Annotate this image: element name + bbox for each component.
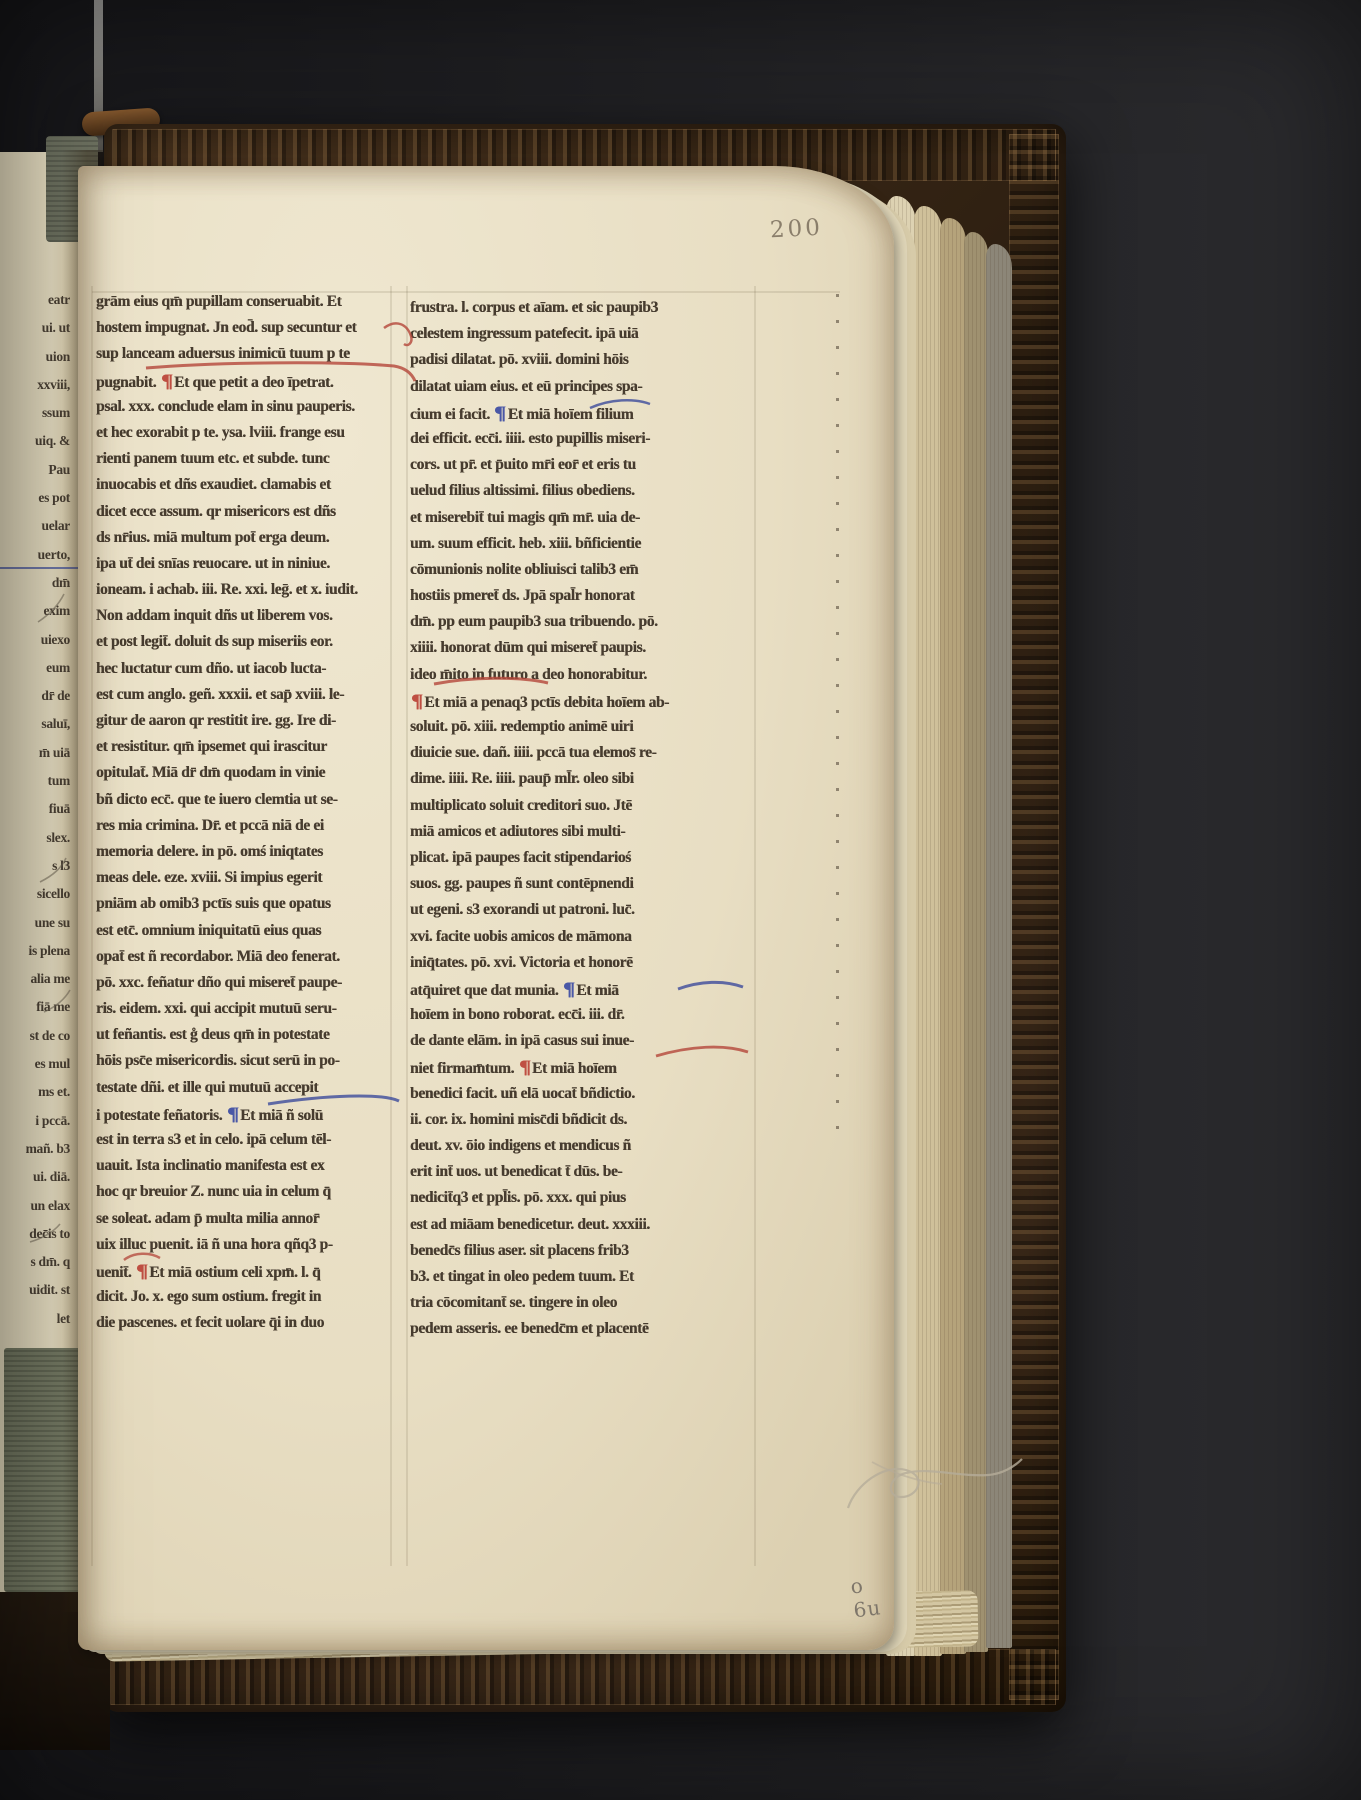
- text-line: est in terra s3 et in celo. ipā celum tē…: [96, 1126, 398, 1153]
- text-line: cōmunionis nolite obliuisci talib3 em̄: [410, 556, 712, 583]
- text-line: et post legit̄. doluit ds sup miseriis e…: [96, 629, 398, 656]
- text-line: tria cōcomitant̄ se. tingere in oleo: [410, 1290, 712, 1317]
- text-line: ut feñantis. est g̊ deus qm̄ in potestat…: [96, 1022, 398, 1049]
- text-line: psal. xxx. conclude elam in sinu pauperi…: [96, 393, 398, 420]
- text-line: atq̄uiret que dat munia. ¶Et miā: [410, 975, 712, 1002]
- text-line: gitur de aaron qr restitit ire. gg. Ire …: [96, 707, 398, 734]
- text-line: dime. iiii. Re. iiii. paup̄ ml̄r. oleo s…: [410, 766, 712, 793]
- text-line: uauit. Ista inclinatio manifesta est ex: [96, 1153, 398, 1180]
- text-line: dilatat uiam eius. et eū principes spa-: [410, 373, 712, 400]
- text-line: cors. ut pr̄. et p̄uito mr̄i eor̄ et eri…: [410, 452, 712, 479]
- paragraph-mark: ¶: [518, 1054, 530, 1081]
- text-line: opitulat̄. Miā dr̄ dm̄ quodam in vinie: [96, 760, 398, 787]
- text-line: bñ dicto ecc̄. que te iuero clemtia ut s…: [96, 786, 398, 813]
- text-line: uelud filius altissimi. filius obediens.: [410, 478, 712, 505]
- text-line: hec luctatur cum dño. ut iacob lucta-: [96, 655, 398, 682]
- text-line: dicet ecce assum. qr misericors est dñs: [96, 498, 398, 525]
- text-column-right: frustra. l. corpus et aīam. et sic paupi…: [410, 295, 712, 1343]
- text-line: ris. eidem. xxi. qui accipit mutuū seru-: [96, 996, 398, 1023]
- text-line: benedc̄s filius aser. sit placens frib3: [410, 1237, 712, 1264]
- folio-number: 200: [769, 215, 823, 244]
- text-line: hostem impugnat. Jn eod̄. sup secuntur e…: [96, 315, 398, 342]
- text-line: erit int̄ uos. ut benedicat t̄ dūs. be-: [410, 1159, 712, 1186]
- cover-tooling-right: [1009, 134, 1059, 1700]
- text-line: deut. xv. ōio indigens et mendicus ñ: [410, 1132, 712, 1159]
- text-line: ideo m̄ito in futuro a deo honorabitur.: [410, 661, 712, 688]
- text-line: plicat. ipā paupes facit stipendarioś: [410, 844, 712, 871]
- page-edges-strip: [964, 232, 988, 1652]
- text-line: multiplicato soluit creditori suo. Jtē: [410, 792, 712, 819]
- text-line: est ad miāam benedicetur. deut. xxxiii.: [410, 1211, 712, 1238]
- text-line: xvi. facite uobis amicos de māmona: [410, 923, 712, 950]
- paragraph-mark: ¶: [136, 1257, 148, 1284]
- paragraph-mark: ¶: [563, 975, 575, 1002]
- text-line: rienti panem tuum etc. et subde. tunc: [96, 446, 398, 473]
- text-line: suos. gg. paupes ñ sunt contēpnendi: [410, 871, 712, 898]
- text-line: uenit̄. ¶Et miā ostium celi xpm̄. l. q̄: [96, 1257, 398, 1284]
- text-line: inuocabis et dñs exaudiet. clamabis et: [96, 472, 398, 499]
- paragraph-mark: ¶: [161, 367, 173, 394]
- ruling-line: [91, 286, 93, 1566]
- text-line: res mia crimina. Dr̄. et pccā niā de ei: [96, 812, 398, 839]
- text-line: benedici facit. uñ elā uocat̄ bñdictio.: [410, 1080, 712, 1107]
- ruling-line: [406, 286, 408, 1566]
- text-line: miā amicos et adiutores sibi multi-: [410, 818, 712, 845]
- text-line: ¶Et miā a penaq3 pctīs debita hoīem ab-: [410, 687, 712, 714]
- text-line: ipa ut̄ dei snīas reuocare. ut in niniue…: [96, 550, 398, 577]
- paragraph-mark: ¶: [227, 1100, 239, 1127]
- text-line: b3. et tingat in oleo pedem tuum. Et: [410, 1263, 712, 1290]
- text-line: grām eius qm̄ pupillam conseruabit. Et: [96, 288, 398, 315]
- text-line: ut egeni. s3 exorandi ut patroni. luc̄.: [410, 897, 712, 924]
- text-line: hoīem in bono roborat. ecc̄i. iii. dr̄.: [410, 1002, 712, 1029]
- text-line: ds nr̄ius. miā multum pot̄ erga deum.: [96, 524, 398, 551]
- manuscript-page: 200 grām eius qm̄ pupillam conseruabit. …: [78, 166, 894, 1650]
- paragraph-mark: ¶: [494, 399, 506, 426]
- text-line: pugnabit. ¶Et que petit a deo īpetrat.: [96, 367, 398, 394]
- text-line: ioneam. i achab. iii. Re. xxi. leḡ. et x…: [96, 577, 398, 604]
- text-line: soluit. pō. xiii. redemptio animē uiri: [410, 713, 712, 740]
- text-line: i potestate feñatoris. ¶Et miā ñ solū: [96, 1100, 398, 1127]
- text-line: testate dñi. et ille qui mutuū accepit: [96, 1074, 398, 1101]
- text-line: et resistitur. qm̄ ipsemet qui irascitur: [96, 734, 398, 761]
- text-line: ii. cor. ix. homini misc̄di bñdicit ds.: [410, 1106, 712, 1133]
- page-edges-strip: [986, 244, 1012, 1648]
- paragraph-mark: ¶: [411, 687, 423, 714]
- text-line: frustra. l. corpus et aīam. et sic paupi…: [410, 294, 712, 321]
- text-line: sup lanceam aduersus inimicū tuum p te: [96, 341, 398, 368]
- text-line: cium ei facit. ¶Et miā hoīem filium: [410, 399, 712, 426]
- text-column-left: grām eius qm̄ pupillam conseruabit. Etho…: [96, 289, 398, 1337]
- text-line: est cum anglo. geñ. xxxii. et sap̄ xviii…: [96, 681, 398, 708]
- text-line: Non addam inquit dñs ut liberem vos.: [96, 603, 398, 630]
- manuscript-photograph: eatrui. utuionxxviii,ssumuiq. &Paues pot…: [0, 0, 1361, 1800]
- text-line: dei efficit. ecc̄i. iiii. esto pupillis …: [410, 425, 712, 452]
- text-line: xiiii. honorat dūm qui miseret̄ paupis.: [410, 635, 712, 662]
- text-line: meas dele. eze. xviii. Si impius egerit: [96, 865, 398, 892]
- text-line: nedicit̄q3 et ppl̄is. pō. xxx. qui pius: [410, 1185, 712, 1212]
- text-line: pniām ab omib3 pctīs suis que opatus: [96, 891, 398, 918]
- text-line: diuicie sue. dañ. iiii. pccā tua elemos̄…: [410, 740, 712, 767]
- text-line: pedem asseris. ee benedc̄m et placentē: [410, 1316, 712, 1343]
- text-line: pō. xxc. feñatur dño qui miseret̄ paupe-: [96, 969, 398, 996]
- text-line: hostiis pmeret̄ ds. Jpā spal̄r honorat: [410, 583, 712, 610]
- text-line: se soleat. adam p̄ multa milia annor̄: [96, 1205, 398, 1232]
- text-line: dicit. Jo. x. ego sum ostium. fregit in: [96, 1284, 398, 1311]
- text-line: et hec exorabit p te. ysa. lviii. frange…: [96, 419, 398, 446]
- text-line: um. suum efficit. heb. xiii. bñficientie: [410, 530, 712, 557]
- text-line: et miserebit̄ tui magis qm̄ mr̄. uia de-: [410, 504, 712, 531]
- ruling-line: [754, 286, 756, 1566]
- text-line: memoria delere. in pō. omś iniqtates: [96, 838, 398, 865]
- text-line: de dante elām. in ipā casus sui inue-: [410, 1028, 712, 1055]
- bottom-inscription: o 6u: [849, 1570, 897, 1623]
- text-line: iniq̄tates. pō. xvi. Victoria et honorē: [410, 949, 712, 976]
- text-line: hōis psc̄e misericordis. sicut serū in p…: [96, 1048, 398, 1075]
- text-line: hoc qr breuior Z. nunc uia in celum q̄: [96, 1179, 398, 1206]
- page-edges-strip: [914, 206, 942, 1656]
- text-line: est etc̄. omnium iniquitatū eius quas: [96, 917, 398, 944]
- text-line: uix illuc puenit. iā ñ una hora qñq3 p-: [96, 1231, 398, 1258]
- text-line: dm̄. pp eum paupib3 sua tribuendo. pō.: [410, 609, 712, 636]
- pricking-dots: [836, 294, 839, 1139]
- text-line: celestem ingressum patefecit. ipā uiā: [410, 321, 712, 348]
- text-line: padisi dilatat. pō. xviii. domini hōis: [410, 347, 712, 374]
- page-edges-strip: [940, 218, 966, 1654]
- text-line: niet firmam̄tum. ¶Et miā hoīem: [410, 1054, 712, 1081]
- text-line: die pascenes. et fecit uolare q̄i in duo: [96, 1310, 398, 1337]
- text-line: opat̄ est ñ recordabor. Miā deo fenerat.: [96, 943, 398, 970]
